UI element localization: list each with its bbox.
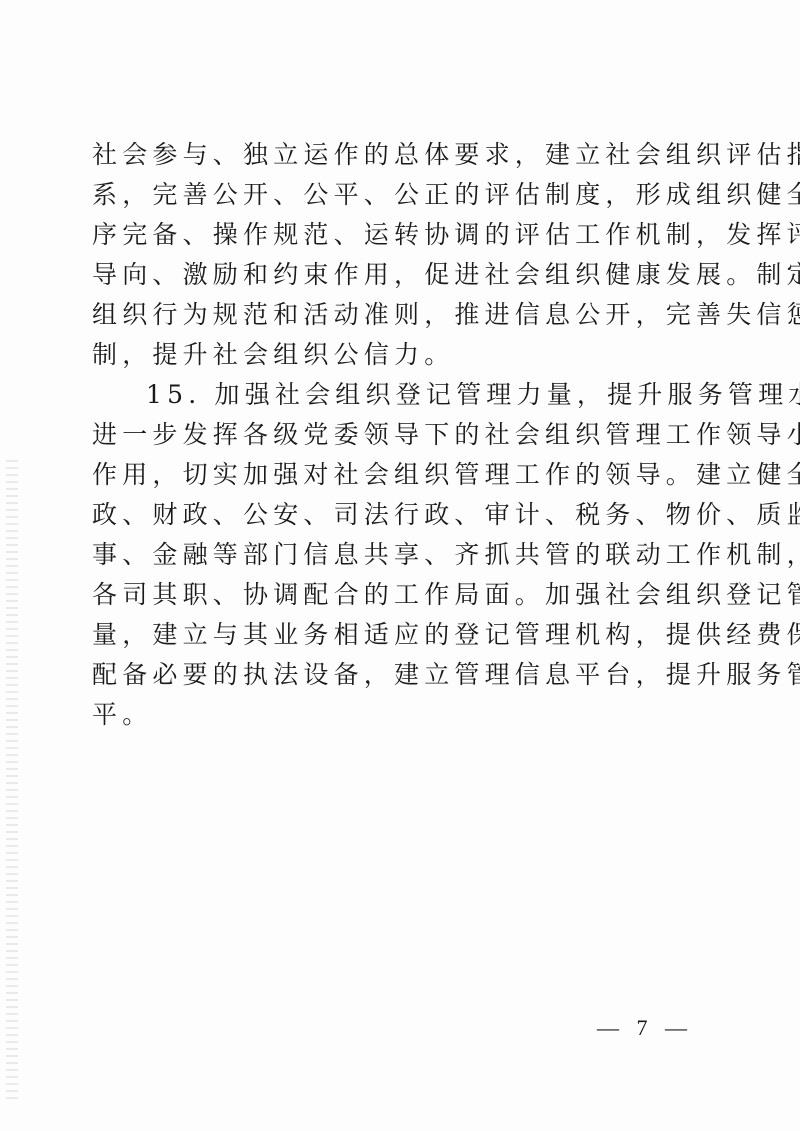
text-line: 组织行为规范和活动准则，推进信息公开，完善失信惩罚机: [92, 295, 707, 335]
text-line: 各司其职、协调配合的工作局面。加强社会组织登记管理力: [92, 575, 707, 615]
page-number: — 7 —: [597, 1015, 693, 1041]
text-line: 政、财政、公安、司法行政、审计、税务、物价、质监、外: [92, 495, 707, 535]
text-line: 配备必要的执法设备，建立管理信息平台，提升服务管理水: [92, 655, 707, 695]
text-line: 社会参与、独立运作的总体要求，建立社会组织评估指标体: [92, 135, 707, 175]
section-heading-line: 15. 加强社会组织登记管理力量，提升服务管理水平。: [92, 375, 707, 415]
text-line: 作用，切实加强对社会组织管理工作的领导。建立健全民: [92, 455, 707, 495]
scan-edge-artifact: [6, 460, 18, 1100]
text-line: 制，提升社会组织公信力。: [92, 335, 707, 375]
document-body: 社会参与、独立运作的总体要求，建立社会组织评估指标体 系，完善公开、公平、公正的…: [92, 135, 707, 735]
document-page: 社会参与、独立运作的总体要求，建立社会组织评估指标体 系，完善公开、公平、公正的…: [0, 0, 800, 1131]
text-line: 系，完善公开、公平、公正的评估制度，形成组织健全、程: [92, 175, 707, 215]
text-line: 进一步发挥各级党委领导下的社会组织管理工作领导小组的: [92, 415, 707, 455]
text-line: 序完备、操作规范、运转协调的评估工作机制，发挥评估的: [92, 215, 707, 255]
paragraph-item-15: 15. 加强社会组织登记管理力量，提升服务管理水平。 进一步发挥各级党委领导下的…: [92, 375, 707, 735]
text-line: 事、金融等部门信息共享、齐抓共管的联动工作机制，形成: [92, 535, 707, 575]
text-line: 平。: [92, 695, 707, 735]
paragraph-continuation: 社会参与、独立运作的总体要求，建立社会组织评估指标体 系，完善公开、公平、公正的…: [92, 135, 707, 375]
text-line: 量，建立与其业务相适应的登记管理机构，提供经费保障，: [92, 615, 707, 655]
text-line: 导向、激励和约束作用，促进社会组织健康发展。制定社会: [92, 255, 707, 295]
